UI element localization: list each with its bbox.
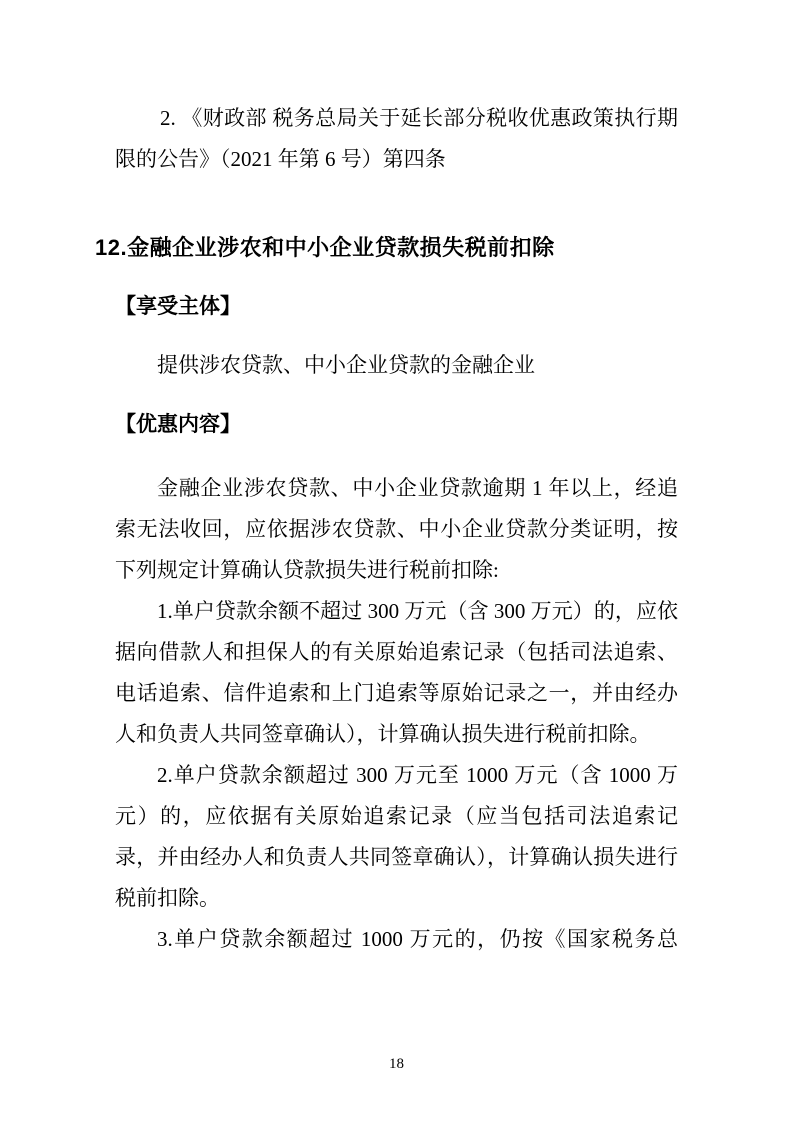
paragraph-beneficiary: 提供涉农贷款、中小企业贷款的金融企业 [115, 345, 678, 385]
subsection-label-beneficiary: 【享受主体】 [115, 287, 678, 327]
reference-item: 2. 《财政部 税务总局关于延长部分税收优惠政策执行期限的公告》（2021 年第… [115, 98, 678, 180]
paragraph-rule-3-partial: 3.单户贷款余额超过 1000 万元的，仍按《国家税务总 [115, 919, 678, 960]
subsection-label-benefit-content: 【优惠内容】 [115, 405, 678, 445]
paragraph-rule-1: 1.单户贷款余额不超过 300 万元（含 300 万元）的，应依据向借款人和担保… [115, 591, 678, 755]
paragraph-benefit-intro: 金融企业涉农贷款、中小企业贷款逾期 1 年以上，经追索无法收回，应依据涉农贷款、… [115, 468, 678, 591]
document-page: 2. 《财政部 税务总局关于延长部分税收优惠政策执行期限的公告》（2021 年第… [0, 0, 793, 1122]
page-number: 18 [0, 1056, 793, 1072]
section-title: 12.金融企业涉农和中小企业贷款损失税前扣除 [95, 233, 678, 263]
document-content: 2. 《财政部 税务总局关于延长部分税收优惠政策执行期限的公告》（2021 年第… [115, 98, 678, 960]
paragraph-rule-2: 2.单户贷款余额超过 300 万元至 1000 万元（含 1000 万元）的，应… [115, 755, 678, 919]
